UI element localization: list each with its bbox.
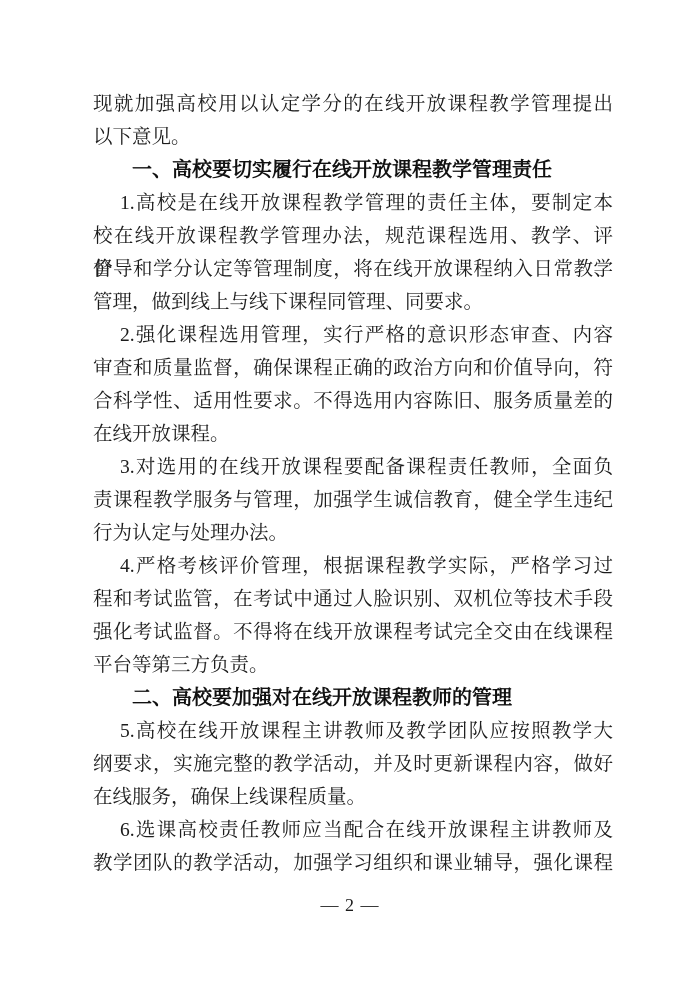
text-line: 行为认定与处理办法。 bbox=[93, 517, 613, 550]
text-line: 1.高校是在线开放课程教学管理的责任主体，要制定本 bbox=[93, 187, 613, 220]
document-page: 现就加强高校用以认定学分的在线开放课程教学管理提出以下意见。一、高校要切实履行在… bbox=[0, 0, 700, 990]
text-line: 6.选课高校责任教师应当配合在线开放课程主讲教师及 bbox=[93, 814, 613, 847]
page-number: — 2 — bbox=[321, 895, 380, 915]
text-line: 以下意见。 bbox=[93, 121, 613, 154]
text-line: 现就加强高校用以认定学分的在线开放课程教学管理提出 bbox=[93, 88, 613, 121]
heading-line: 二、高校要加强对在线开放课程教师的管理 bbox=[93, 682, 613, 715]
paragraph: 4.严格考核评价管理，根据课程教学实际，严格学习过程和考试监管，在考试中通过人脸… bbox=[93, 550, 613, 682]
text-line: 平台等第三方负责。 bbox=[93, 649, 613, 682]
text-line: 管理，做到线上与线下课程同管理、同要求。 bbox=[93, 286, 613, 319]
text-line: 程和考试监管，在考试中通过人脸识别、双机位等技术手段 bbox=[93, 583, 613, 616]
text-line: 在线服务，确保上线课程质量。 bbox=[93, 781, 613, 814]
section-heading: 二、高校要加强对在线开放课程教师的管理 bbox=[93, 682, 613, 715]
paragraph: 6.选课高校责任教师应当配合在线开放课程主讲教师及教学团队的教学活动，加强学习组… bbox=[93, 814, 613, 880]
text-line: 纲要求，实施完整的教学活动，并及时更新课程内容，做好 bbox=[93, 748, 613, 781]
text-line: 教学团队的教学活动，加强学习组织和课业辅导，强化课程 bbox=[93, 847, 613, 880]
paragraph: 3.对选用的在线开放课程要配备课程责任教师，全面负责课程教学服务与管理，加强学生… bbox=[93, 451, 613, 550]
text-line: 4.严格考核评价管理，根据课程教学实际，严格学习过 bbox=[93, 550, 613, 583]
text-line: 3.对选用的在线开放课程要配备课程责任教师，全面负 bbox=[93, 451, 613, 484]
text-line: 审查和质量监督，确保课程正确的政治方向和价值导向，符 bbox=[93, 352, 613, 385]
text-line: 合科学性、适用性要求。不得选用内容陈旧、服务质量差的 bbox=[93, 385, 613, 418]
paragraph: 5.高校在线开放课程主讲教师及教学团队应按照教学大纲要求，实施完整的教学活动，并… bbox=[93, 715, 613, 814]
text-line: 5.高校在线开放课程主讲教师及教学团队应按照教学大 bbox=[93, 715, 613, 748]
document-body: 现就加强高校用以认定学分的在线开放课程教学管理提出以下意见。一、高校要切实履行在… bbox=[93, 88, 613, 880]
text-line: 责课程教学服务与管理，加强学生诚信教育，健全学生违纪 bbox=[93, 484, 613, 517]
text-line: 在线开放课程。 bbox=[93, 418, 613, 451]
text-line: 校在线开放课程教学管理办法，规范课程选用、教学、评价、 bbox=[93, 220, 613, 253]
paragraph: 1.高校是在线开放课程教学管理的责任主体，要制定本校在线开放课程教学管理办法，规… bbox=[93, 187, 613, 319]
paragraph: 现就加强高校用以认定学分的在线开放课程教学管理提出以下意见。 bbox=[93, 88, 613, 154]
section-heading: 一、高校要切实履行在线开放课程教学管理责任 bbox=[93, 154, 613, 187]
text-line: 强化考试监督。不得将在线开放课程考试完全交由在线课程 bbox=[93, 616, 613, 649]
paragraph: 2.强化课程选用管理，实行严格的意识形态审查、内容审查和质量监督，确保课程正确的… bbox=[93, 319, 613, 451]
page-footer: — 2 — bbox=[0, 889, 700, 922]
text-line: 督导和学分认定等管理制度，将在线开放课程纳入日常教学 bbox=[93, 253, 613, 286]
heading-line: 一、高校要切实履行在线开放课程教学管理责任 bbox=[93, 154, 613, 187]
text-line: 2.强化课程选用管理，实行严格的意识形态审查、内容 bbox=[93, 319, 613, 352]
